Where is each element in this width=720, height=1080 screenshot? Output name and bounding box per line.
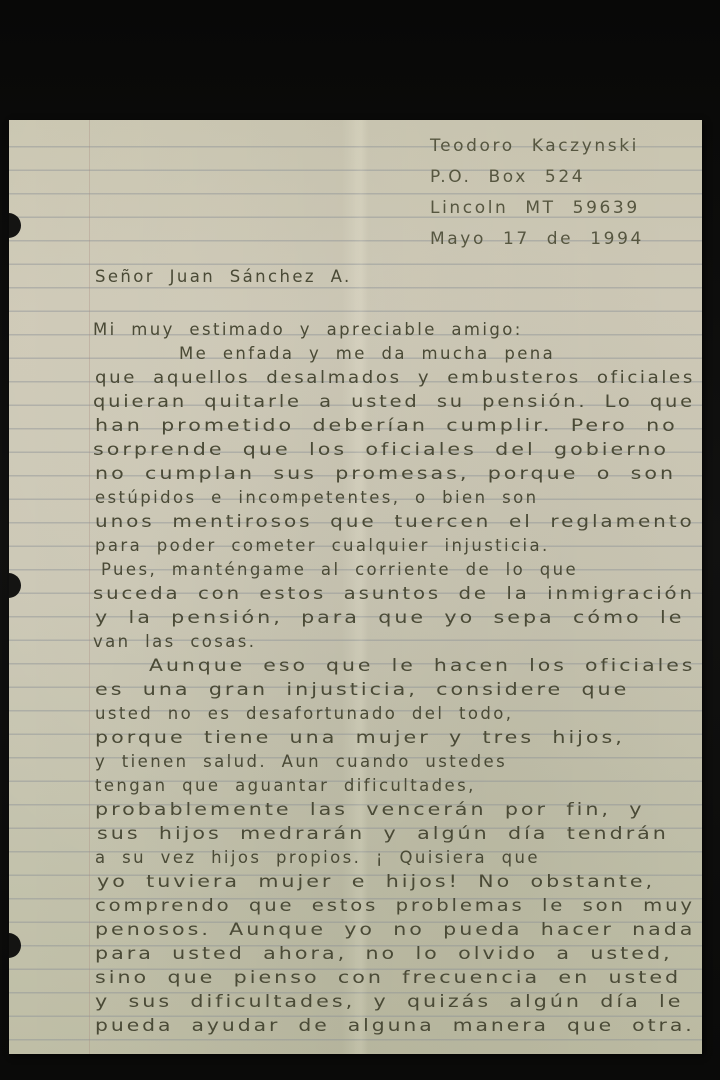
letter-line: unos mentirosos que tuercen el reglament… — [95, 510, 695, 534]
letter-line: suceda con estos asuntos de la inmigraci… — [93, 582, 695, 606]
letter-line: Pues, manténgame al corriente de lo que — [101, 558, 578, 582]
letter-line: tengan que aguantar dificultades, — [95, 774, 476, 798]
salutation: Mi muy estimado y apreciable amigo: — [93, 318, 523, 342]
letter-line: que aquellos desalmados y embusteros ofi… — [95, 366, 695, 390]
letter-line: porque tiene una mujer y tres hijos, — [95, 726, 625, 750]
letter-line: Aunque eso que le hacen los oficiales — [149, 654, 695, 678]
letter-line: a su vez hijos propios. ¡ Quisiera que — [95, 846, 540, 870]
letter-line: y la pensión, para que yo sepa cómo le — [95, 606, 684, 630]
letter-page: Teodoro Kaczynski P.O. Box 524 Lincoln M… — [9, 120, 702, 1054]
letter-line: yo tuviera mujer e hijos! No obstante, — [97, 870, 655, 894]
letter-line: no cumplan sus promesas, porque o son — [95, 462, 676, 486]
sender-name: Teodoro Kaczynski — [430, 131, 644, 162]
letter-line: quieran quitarle a usted su pensión. Lo … — [93, 390, 695, 414]
sender-city: Lincoln MT 59639 — [430, 193, 644, 224]
letter-line: van las cosas. — [93, 630, 256, 654]
sender-po-box: P.O. Box 524 — [430, 162, 644, 193]
letter-line: han prometido deberían cumplir. Pero no — [95, 414, 678, 438]
letter-line: y sus dificultades, y quizás algún día l… — [95, 990, 683, 1014]
margin-line — [89, 120, 90, 1054]
letter-line: comprendo que estos problemas le son muy — [95, 894, 695, 918]
letter-line: probablemente las vencerán por fin, y — [95, 798, 644, 822]
sender-address: Teodoro Kaczynski P.O. Box 524 Lincoln M… — [430, 131, 644, 255]
letter-line: sino que pienso con frecuencia en usted — [95, 966, 681, 990]
letter-line: para usted ahora, no lo olvido a usted, — [95, 942, 673, 966]
letter-line: pueda ayudar de alguna manera que otra. — [95, 1014, 695, 1038]
letter-line: sorprende que los oficiales del gobierno — [93, 438, 669, 462]
letter-line: sus hijos medrarán y algún día tendrán — [97, 822, 669, 846]
letter-date: Mayo 17 de 1994 — [430, 224, 644, 255]
letter-line: usted no es desafortunado del todo, — [95, 702, 513, 726]
recipient: Señor Juan Sánchez A. — [95, 265, 352, 289]
letter-line: y tienen salud. Aun cuando ustedes — [95, 750, 507, 774]
letter-line: Me enfada y me da mucha pena — [179, 342, 555, 366]
letter-line: para poder cometer cualquier injusticia. — [95, 534, 550, 558]
letter-line: es una gran injusticia, considere que — [95, 678, 629, 702]
letter-line: penosos. Aunque yo no pueda hacer nada — [95, 918, 695, 942]
letter-line: estúpidos e incompetentes, o bien son — [95, 486, 538, 510]
